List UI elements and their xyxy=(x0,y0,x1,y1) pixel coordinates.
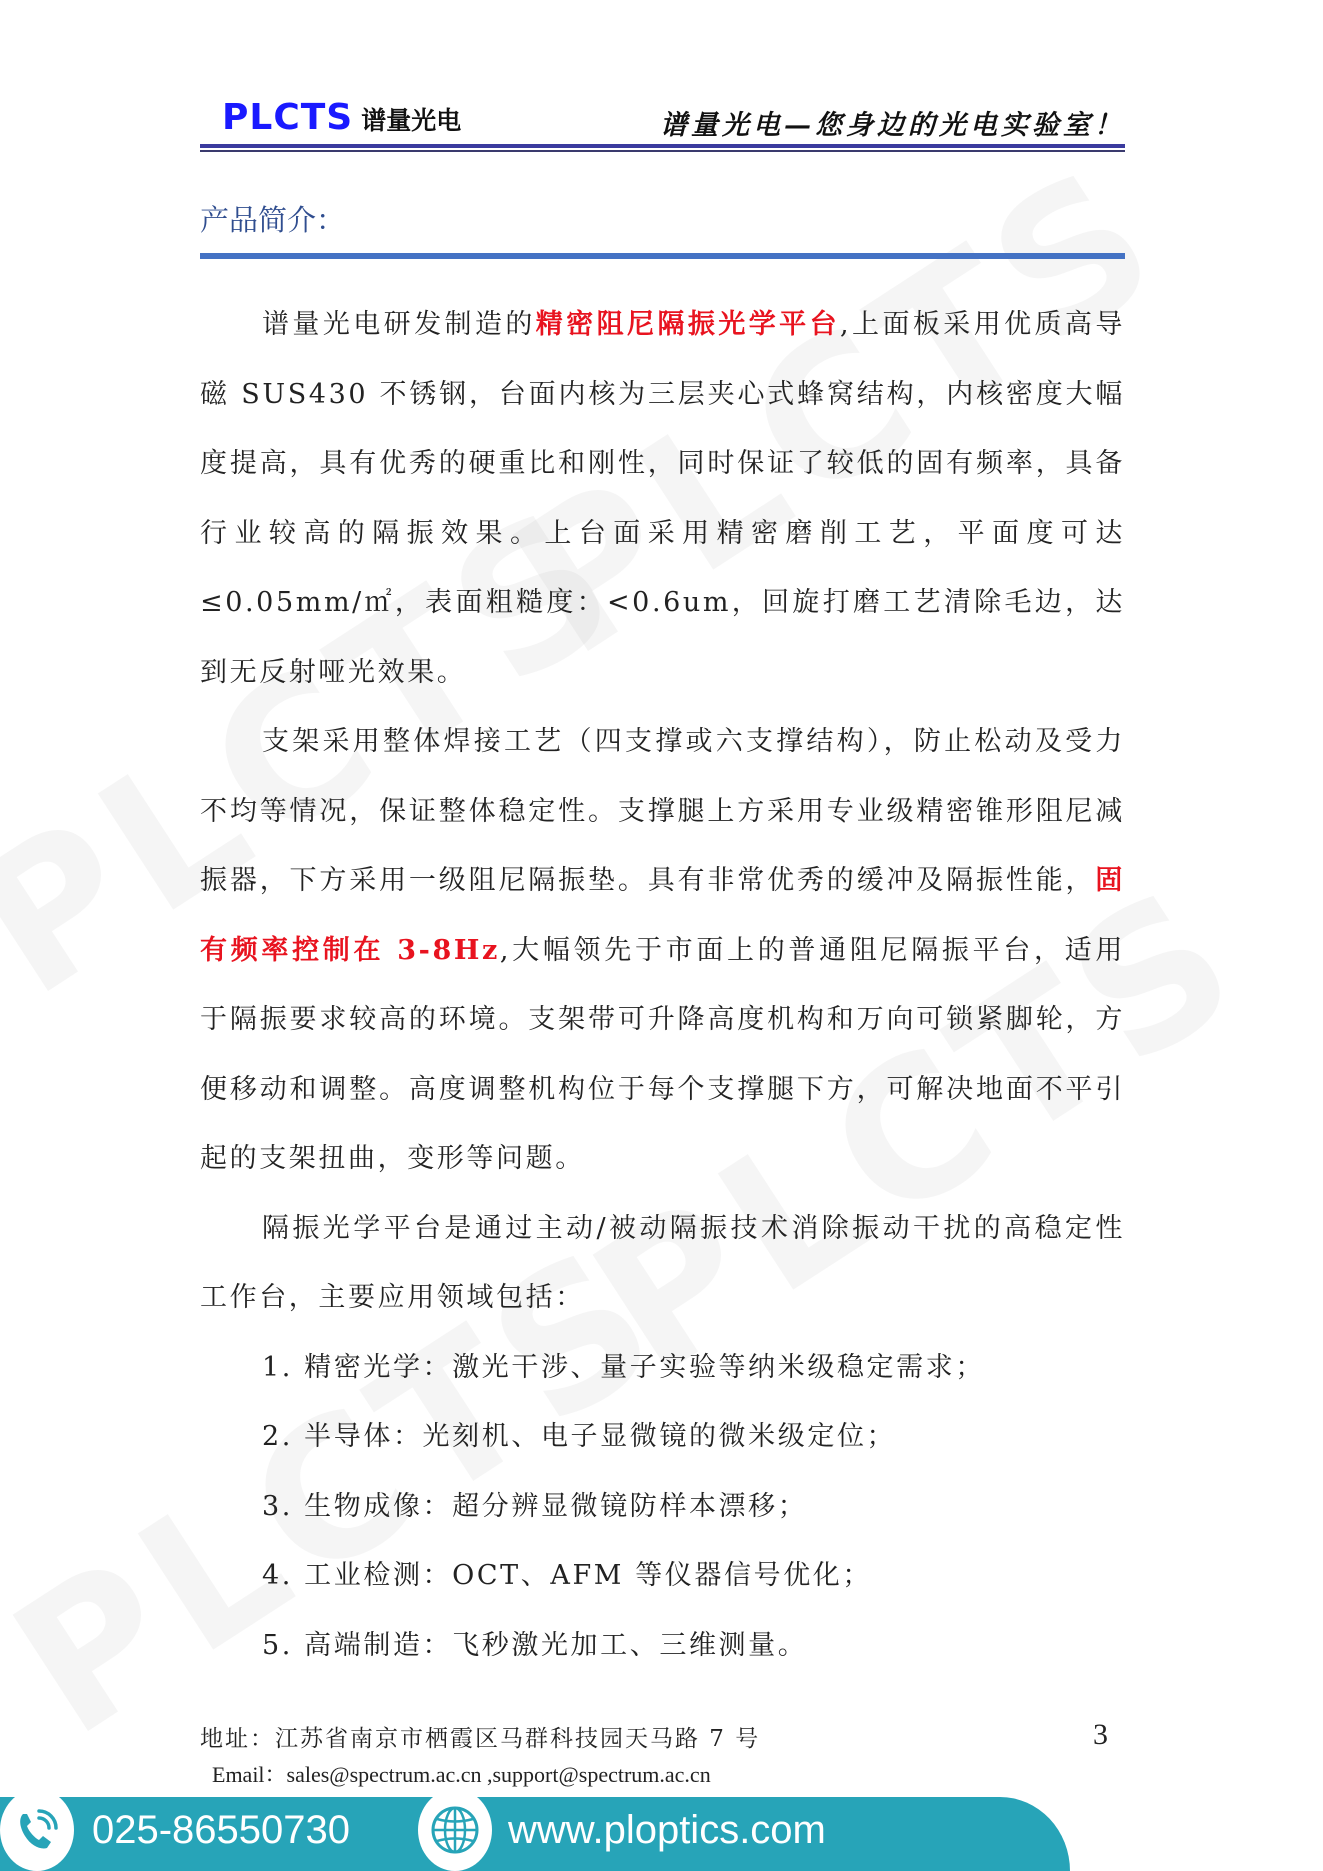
list-item: 4. 工业检测：OCT、AFM 等仪器信号优化； xyxy=(200,1541,1125,1611)
text: ,大幅领先于市面上的普通阻尼隔振平台，适用于隔振要求较高的环境。支架带可升降高度… xyxy=(200,935,1125,1175)
paragraph-intro: 谱量光电研发制造的精密阻尼隔振光学平台,上面板采用优质高导磁 SUS430 不锈… xyxy=(200,290,1125,707)
main-content: 谱量光电研发制造的精密阻尼隔振光学平台,上面板采用优质高导磁 SUS430 不锈… xyxy=(200,290,1125,1680)
text: 谱量光电研发制造的 xyxy=(262,309,536,340)
globe-icon xyxy=(418,1789,492,1871)
page-number: 3 xyxy=(1093,1718,1108,1752)
list-item: 1. 精密光学：激光干涉、量子实验等纳米级稳定需求； xyxy=(200,1333,1125,1403)
text: 支架采用整体焊接工艺（四支撑或六支撑结构），防止松动及受力不均等情况，保证整体稳… xyxy=(200,726,1125,896)
text: ,上面板采用优质高导磁 SUS430 不锈钢，台面内核为三层夹心式蜂窝结构，内核… xyxy=(200,309,1125,688)
logo-mark: PLCTS xyxy=(222,97,353,138)
footer-email[interactable]: Email：sales@spectrum.ac.cn ,support@spec… xyxy=(212,1758,711,1789)
logo-chinese-name: 谱量光电 xyxy=(361,101,461,137)
section-divider xyxy=(200,253,1125,259)
highlight-product-name: 精密阻尼隔振光学平台 xyxy=(536,309,840,340)
website-link[interactable]: www.ploptics.com xyxy=(508,1808,826,1853)
paragraph-support: 支架采用整体焊接工艺（四支撑或六支撑结构），防止松动及受力不均等情况，保证整体稳… xyxy=(200,707,1125,1194)
header-slogan: 谱量光电—您身边的光电实验室！ xyxy=(660,103,1125,142)
section-title: 产品简介： xyxy=(200,198,345,239)
paragraph-applications-intro: 隔振光学平台是通过主动/被动隔振技术消除振动干扰的高稳定性工作台，主要应用领域包… xyxy=(200,1194,1125,1333)
list-item: 3. 生物成像：超分辨显微镜防样本漂移； xyxy=(200,1472,1125,1542)
phone-number[interactable]: 025-86550730 xyxy=(92,1808,350,1853)
list-item: 2. 半导体：光刻机、电子显微镜的微米级定位； xyxy=(200,1402,1125,1472)
phone-icon xyxy=(0,1789,74,1871)
header-divider xyxy=(200,144,1125,148)
company-logo: PLCTS 谱量光电 xyxy=(222,97,461,138)
header-divider-thin xyxy=(200,150,1125,152)
page-header: PLCTS 谱量光电 谱量光电—您身边的光电实验室！ xyxy=(200,95,1125,145)
footer-address: 地址：江苏省南京市栖霞区马群科技园天马路 7 号 xyxy=(200,1720,760,1753)
list-item: 5. 高端制造：飞秒激光加工、三维测量。 xyxy=(200,1611,1125,1681)
applications-list: 1. 精密光学：激光干涉、量子实验等纳米级稳定需求； 2. 半导体：光刻机、电子… xyxy=(200,1333,1125,1681)
